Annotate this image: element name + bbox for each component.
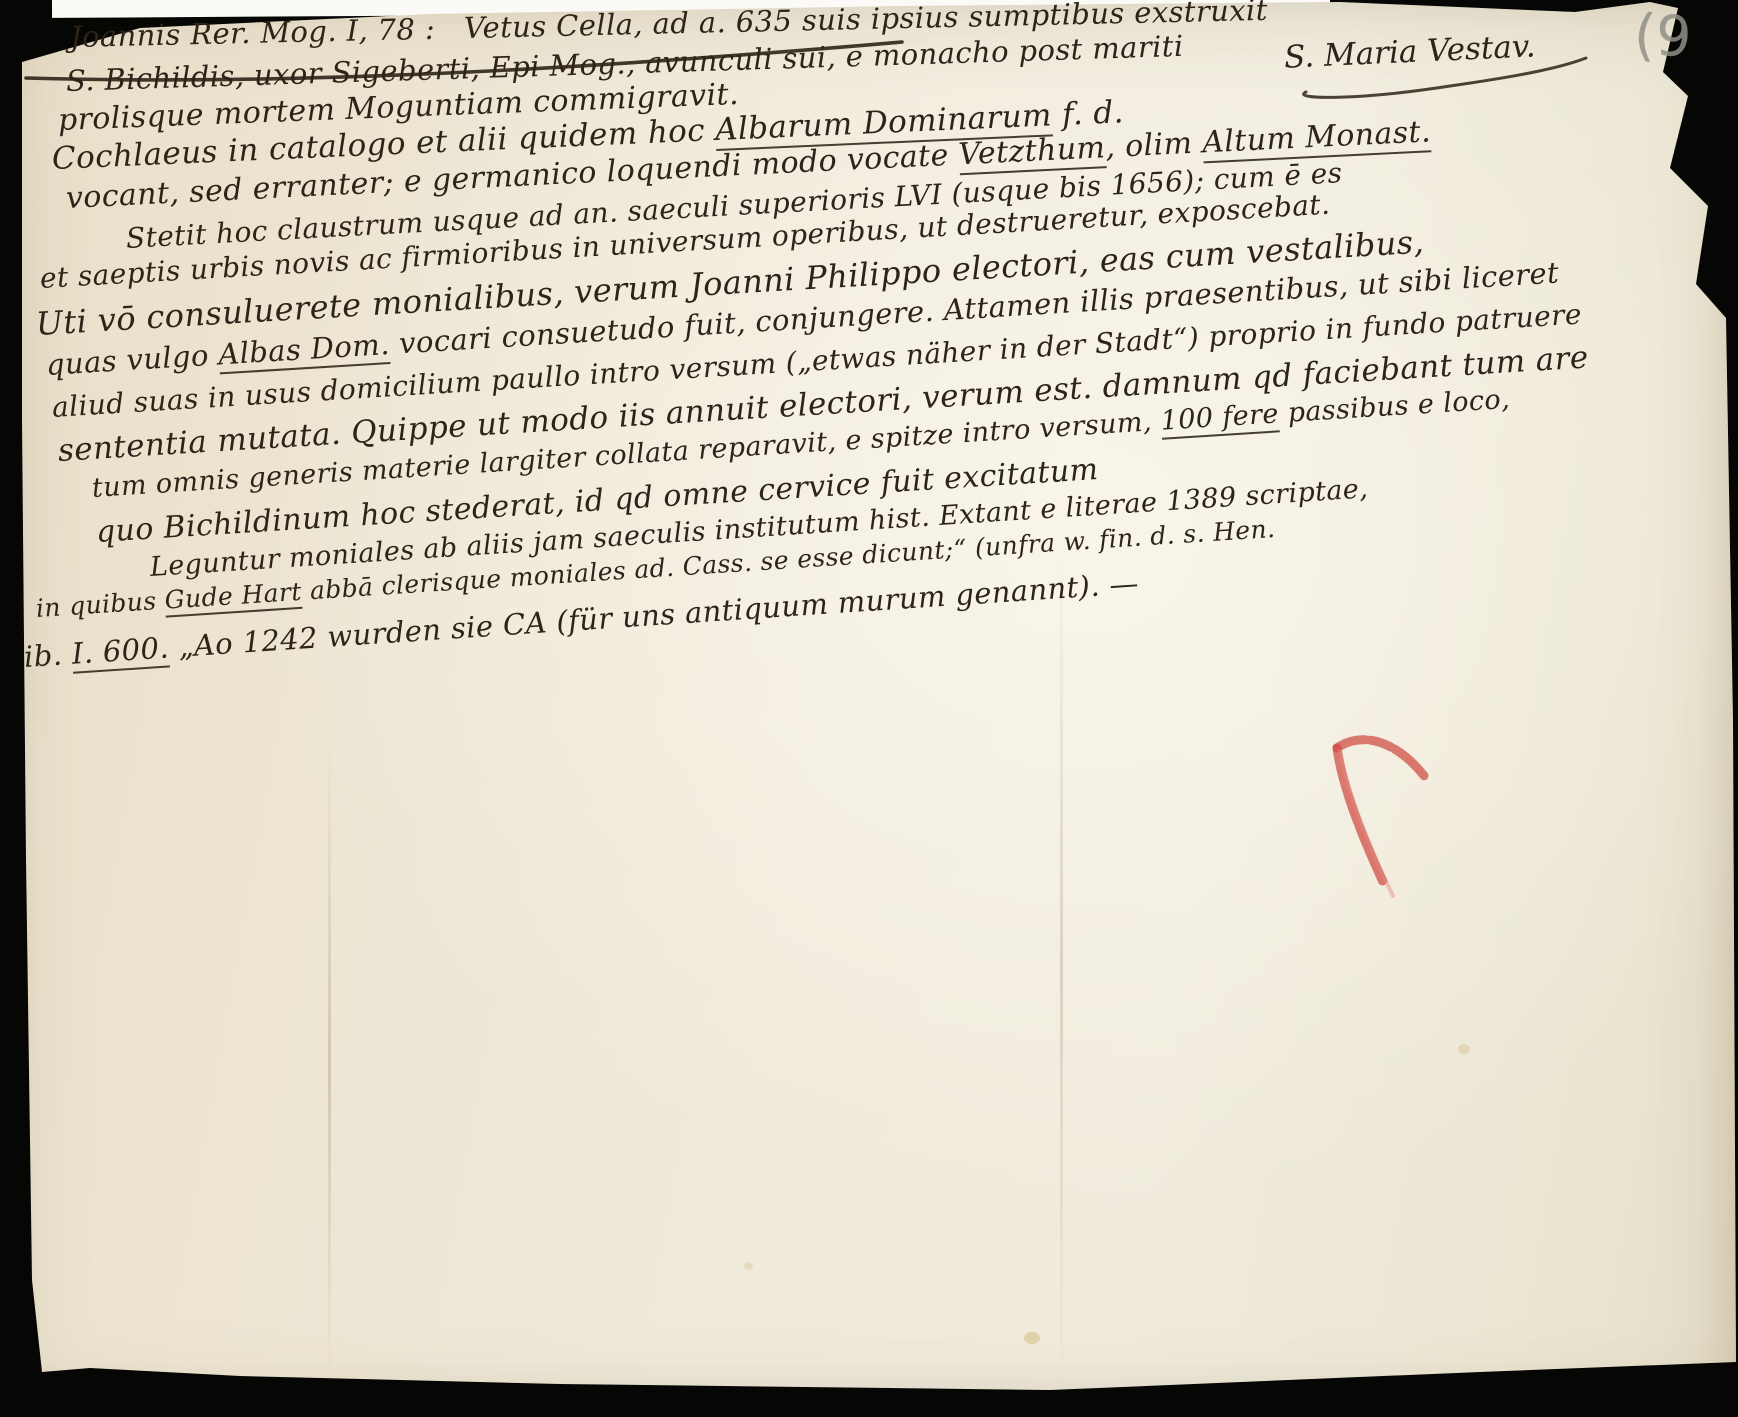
handwritten-text: ib. [23,637,73,674]
underlined-phrase: Vetzthum [958,130,1107,175]
handwritten-text: , olim [1104,125,1203,165]
scan-background: Joannis Rer. Mog. I, 78 : Vetus Cella, a… [0,0,1738,1417]
underlined-phrase: I. 600. [71,630,171,673]
handwritten-text: f. d. [1051,94,1125,133]
pencil-page-number: (9 [1632,3,1693,71]
